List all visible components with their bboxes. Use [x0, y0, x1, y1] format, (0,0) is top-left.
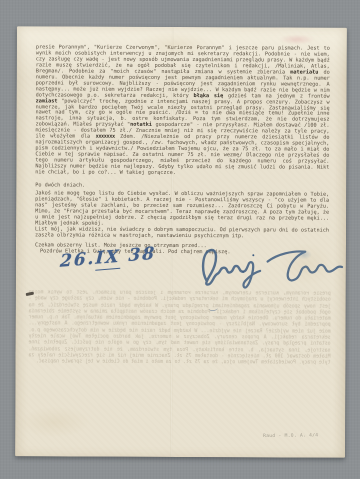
date-year: 38: [128, 244, 157, 266]
verso-bleedthrough-text: presie Porannym, Kurierze Czerwonym, Kur…: [28, 290, 331, 449]
letter-paper: presie Porannym, Kurierze Czerwonym, Kur…: [15, 26, 347, 457]
blue-ink-blot: [296, 250, 312, 260]
archive-inventory-note: Raud - M.O. A. 4/4: [263, 433, 343, 439]
date-day: 26.: [60, 249, 97, 272]
date-month-underlined: IX: [95, 247, 121, 271]
typed-paragraph-main: presie Porannym", "Kurierze Czerwonym", …: [35, 45, 330, 177]
typewritten-body: presie Porannym", "Kurierze Czerwonym", …: [35, 45, 330, 256]
red-ink-bleed-smudge: [279, 34, 315, 44]
typed-interlude-heading: Po dwóch dniach.: [35, 183, 329, 190]
signature-handwriting: [193, 234, 350, 299]
typed-paragraph-after-two-days: Jakoś nie mogę tego listu do Ciebie wysł…: [35, 191, 329, 228]
scan-background: { "document": { "kind": "typewritten let…: [0, 0, 360, 479]
